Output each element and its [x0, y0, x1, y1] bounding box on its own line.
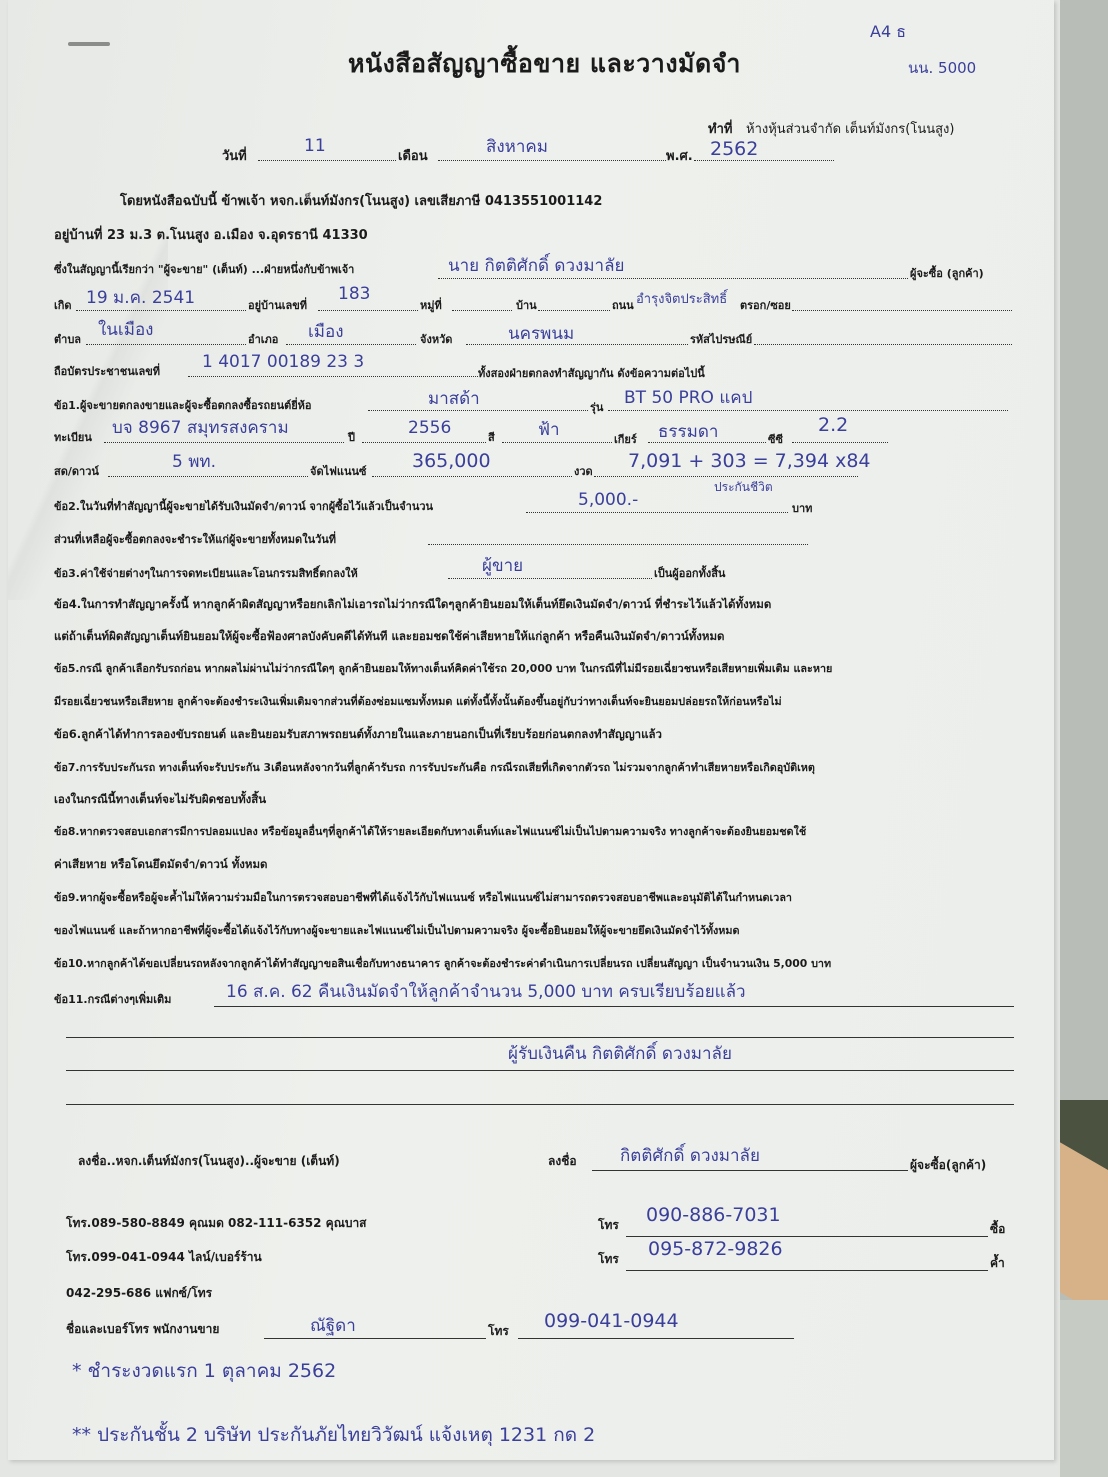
- reg-label: ทะเบียน: [54, 428, 92, 446]
- district-dots: [286, 344, 416, 345]
- down-label: สด/ดาวน์: [54, 462, 99, 480]
- clause-8-line-2: ค่าเสียหาย หรือโดนยึดมัดจำ/ดาวน์ ทั้งหมด: [54, 856, 268, 874]
- soi-label: ตรอก/ซอย: [740, 296, 791, 314]
- subdistrict-label: ตำบล: [54, 330, 81, 348]
- buyer-phone: 090-886-7031: [646, 1204, 781, 1226]
- cc-dots: [792, 442, 888, 443]
- buyer-signature-line: [592, 1170, 908, 1171]
- guarantor-phone-label: โทร: [598, 1250, 619, 1269]
- finance-amount: 365,000: [412, 450, 491, 472]
- postal-label: รหัสไปรษณีย์: [690, 330, 752, 348]
- clause-11-line-2: [66, 1037, 1014, 1038]
- clause-8-line-1: ข้อ8.หากตรวจสอบเอกสารมีการปลอมแปลง หรือข…: [54, 823, 806, 840]
- clause-11-label: ข้อ11.กรณีต่างๆเพิ่มเติม: [54, 990, 171, 1008]
- clause-11-note-1: 16 ส.ค. 62 คืนเงินมัดจำให้ลูกค้าจำนวน 5,…: [226, 978, 746, 1005]
- intro-line-1: โดยหนังสือฉบับนี้ ข้าพเจ้า หจก.เต็นท์มัง…: [120, 190, 602, 211]
- corner-note-2: นน. 5000: [908, 56, 976, 80]
- birth-label: เกิด: [54, 296, 72, 314]
- clause-3-suffix: เป็นผู้ออกทั้งสิ้น: [654, 564, 725, 582]
- buyer-name: นาย กิตติศักดิ์ ดวงมาลัย: [448, 252, 624, 279]
- clause-4-line-2: แต่ถ้าเต็นท์ผิดสัญญาเต็นท์ยินยอมให้ผู้จะ…: [54, 628, 725, 646]
- province-dots: [466, 344, 688, 345]
- subdistrict-value: ในเมือง: [98, 316, 153, 343]
- village-label: บ้าน: [516, 296, 537, 314]
- installment-amount: 7,091 + 303 = 7,394 x84: [628, 450, 871, 472]
- district-label: อำเภอ: [248, 330, 278, 348]
- clause-3-value: ผู้ขาย: [482, 552, 523, 579]
- soi-dots: [792, 310, 1012, 311]
- clause-5-line-2: มีรอยเฉี่ยวชนหรือเสียหาย ลูกค้าจะต้องชำร…: [54, 693, 782, 710]
- clause-11-line-3: [66, 1070, 1014, 1071]
- staff-phone-label: โทร: [488, 1322, 509, 1341]
- place-label: ทำที่: [708, 118, 732, 139]
- seller-signature: ลงชื่อ..หจก.เต็นท์มังกร(โนนสูง)..ผู้จะขา…: [78, 1152, 340, 1171]
- day-label: วันที่: [222, 145, 247, 166]
- remaining-dots: [428, 544, 808, 545]
- seller-contact-1: โทร.089-580-8849 คุณมด 082-111-6352 คุณบ…: [66, 1214, 367, 1233]
- clause-2-label: ข้อ2.ในวันที่ทำสัญญานี้ผู้จะขายได้รับเงิ…: [54, 497, 433, 515]
- month-value: สิงหาคม: [486, 133, 548, 160]
- car-gear: ธรรมดา: [658, 418, 718, 445]
- finance-dots: [372, 476, 572, 477]
- remaining-label: ส่วนที่เหลือผู้จะซื้อตกลงจะชำระให้แก่ผู้…: [54, 530, 336, 548]
- buyer-phone-line: [626, 1236, 988, 1237]
- clause-9-line-1: ข้อ9.หากผู้จะซื้อหรือผู้จะค้ำไม่ให้ความร…: [54, 889, 792, 906]
- birth-value: 19 ม.ค. 2541: [86, 284, 195, 311]
- id-value: 1 4017 00189 23 3: [202, 352, 364, 372]
- reg-dots: [104, 442, 344, 443]
- contract-page: หนังสือสัญญาซื้อขาย และวางมัดจำ A4 ธ นน.…: [8, 0, 1054, 1460]
- deposit-amount: 5,000.-: [578, 490, 638, 510]
- car-cc: 2.2: [818, 414, 848, 436]
- month-dots: [438, 160, 666, 161]
- deposit-dots: [526, 512, 788, 513]
- car-year-dots: [362, 442, 486, 443]
- house-no-value: 183: [338, 284, 370, 304]
- clause-10: ข้อ10.หากลูกค้าได้ขอเปลี่ยนรถหลังจากลูกค…: [54, 955, 831, 972]
- clause-3-label: ข้อ3.ค่าใช้จ่ายต่างๆในการจดทะเบียนและโอน…: [54, 564, 358, 582]
- clause-3-dots: [448, 578, 652, 579]
- finance-label: จัดไฟแนนซ์: [310, 462, 367, 480]
- model-label: รุ่น: [590, 398, 603, 416]
- down-payment: 5 พท.: [172, 448, 216, 475]
- baht-label: บาท: [792, 499, 812, 517]
- clause-5-line-1: ข้อ5.กรณี ลูกค้าเลือกรับรถก่อน หากผลไม่ผ…: [54, 660, 832, 677]
- id-label: ถือบัตรประชาชนเลขที่: [54, 362, 160, 380]
- clause-11-line-4: [66, 1104, 1014, 1105]
- car-color: ฟ้า: [538, 416, 560, 443]
- day-value: 11: [304, 136, 326, 156]
- place-value: ห้างหุ้นส่วนจำกัด เต็นท์มังกร(โนนสูง): [746, 118, 954, 139]
- moo-label: หมู่ที่: [420, 296, 442, 314]
- car-brand: มาสด้า: [428, 385, 480, 412]
- document-title: หนังสือสัญญาซื้อขาย และวางมัดจำ: [348, 44, 741, 84]
- year-value: 2562: [710, 138, 758, 160]
- buyer-suffix: ผู้จะซื้อ (ลูกค้า): [910, 264, 984, 282]
- village-dots: [538, 310, 610, 311]
- guarantor-phone-suffix: ค้ำ: [990, 1254, 1005, 1273]
- id-dots: [188, 376, 478, 377]
- staple: [68, 42, 110, 46]
- car-model: BT 50 PRO แคป: [624, 384, 752, 411]
- staff-label: ชื่อและเบอร์โทร พนักงานขาย: [66, 1320, 219, 1339]
- staff-phone-line: [518, 1338, 794, 1339]
- car-year: 2556: [408, 418, 451, 438]
- color-label: สี: [488, 428, 495, 446]
- clause-4-line-1: ข้อ4.ในการทำสัญญาครั้งนี้ หากลูกค้าผิดสั…: [54, 596, 771, 614]
- clause-9-line-2: ของไฟแนนซ์ และถ้าหากอาชีพที่ผู้จะซื้อได้…: [54, 922, 740, 939]
- corner-note-1: A4 ธ: [870, 20, 906, 45]
- clause-11-line-1: [214, 1006, 1014, 1007]
- buyer-signature-value: กิตติศักดิ์ ดวงมาลัย: [620, 1142, 760, 1169]
- staff-phone: 099-041-0944: [544, 1310, 679, 1332]
- note-insurance: ** ประกันชั้น 2 บริษัท ประกันภัยไทยวิวัฒ…: [72, 1420, 595, 1450]
- year-label: พ.ศ.: [666, 145, 693, 166]
- buyer-phone-suffix: ซื้อ: [990, 1220, 1005, 1239]
- house-no-label: อยู่บ้านเลขที่: [248, 296, 307, 314]
- subdistrict-dots: [86, 344, 246, 345]
- installment-label: งวด: [574, 462, 593, 480]
- staff-name: ณัฐิดา: [310, 1312, 356, 1339]
- month-label: เดือน: [398, 145, 428, 166]
- postal-dots: [754, 344, 1012, 345]
- province-value: นครพนม: [508, 320, 574, 347]
- road-value: อำรุงจิตประสิทธิ์: [636, 288, 727, 309]
- clause-6: ข้อ6.ลูกค้าได้ทำการลองขับรถยนต์ และยินยอ…: [54, 726, 662, 744]
- gear-label: เกียร์: [614, 430, 637, 448]
- installment-note: ประกันชีวิต: [714, 478, 773, 497]
- clause-7-line-2: เองในกรณีนี้ทางเต็นท์จะไม่รับผิดชอบทั้งส…: [54, 791, 266, 809]
- buyer-signature-suffix: ผู้จะซื้อ(ลูกค้า): [910, 1156, 986, 1175]
- road-label: ถนน: [612, 296, 634, 314]
- installment-dots: [594, 476, 858, 477]
- staff-name-line: [264, 1338, 486, 1339]
- clause-1-label: ข้อ1.ผู้จะขายตกลงขายและผู้จะซื้อตกลงซื้อ…: [54, 396, 312, 414]
- seller-contact-3: 042-295-686 แฟกซ์/โทร: [66, 1284, 212, 1303]
- party-label: ซึ่งในสัญญานี้เรียกว่า "ผู้จะขาย" (เต็นท…: [54, 260, 354, 278]
- car-registration: บจ 8967 สมุทรสงคราม: [112, 414, 289, 441]
- buyer-signature-label: ลงชื่อ: [548, 1152, 577, 1171]
- moo-dots: [452, 310, 512, 311]
- clause-11-note-2: ผู้รับเงินคืน กิตติศักดิ์ ดวงมาลัย: [508, 1040, 732, 1067]
- intro-line-2: อยู่บ้านที่ 23 ม.3 ต.โนนสูง อ.เมือง จ.อุ…: [54, 224, 368, 245]
- guarantor-phone-line: [626, 1270, 988, 1271]
- year-dots: [694, 160, 834, 161]
- district-value: เมือง: [308, 318, 344, 345]
- clause-7-line-1: ข้อ7.การรับประกันรถ ทางเต็นท์จะรับประกัน…: [54, 759, 815, 776]
- house-dots: [318, 310, 418, 311]
- day-dots: [258, 160, 396, 161]
- car-year-label: ปี: [348, 428, 355, 446]
- guarantor-phone: 095-872-9826: [648, 1238, 783, 1260]
- cc-label: ซีซี: [768, 430, 783, 448]
- buyer-phone-label: โทร: [598, 1216, 619, 1235]
- seller-contact-2: โทร.099-041-0944 ไลน์/เบอร์ร้าน: [66, 1248, 262, 1267]
- id-suffix: ทั้งสองฝ่ายตกลงทำสัญญากัน ดังข้อความต่อไ…: [478, 364, 705, 382]
- province-label: จังหวัด: [420, 330, 452, 348]
- note-first-payment: * ชำระงวดแรก 1 ตุลาคม 2562: [72, 1356, 336, 1386]
- down-dots: [108, 476, 308, 477]
